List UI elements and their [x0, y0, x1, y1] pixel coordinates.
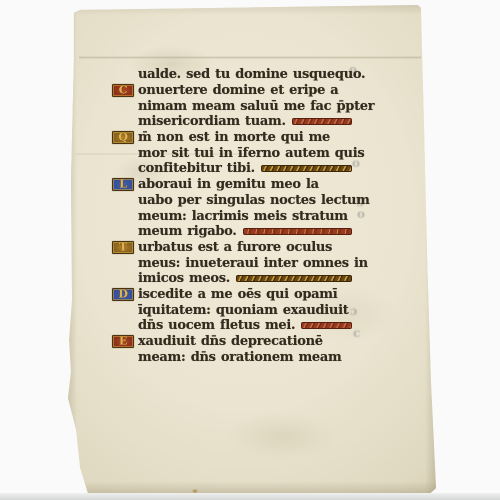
illuminated-initial-T: T [112, 241, 134, 254]
latin-text: meam: dn̄s orationem meam [138, 350, 341, 365]
initial-letter: Q [118, 132, 127, 143]
latin-text: xaudiuit dn̄s deprecationē [138, 334, 323, 349]
text-line: meus: inueteraui inter omnes in [112, 255, 362, 271]
latin-text: ualde. sed tu domine usquequo. [138, 67, 365, 82]
latin-text: meum rigabo. [138, 224, 237, 239]
illuminated-initial-D: D [112, 288, 134, 301]
text-line: Laboraui in gemitu meo la [112, 177, 362, 193]
initial-letter: T [119, 241, 127, 252]
latin-text: urbatus est a furore oculus [138, 240, 332, 255]
latin-text: uabo per singulas noctes lectum [138, 193, 370, 208]
initial-letter: L [119, 179, 126, 190]
line-filler [261, 165, 352, 172]
latin-text: mor sit tui in īferno autem quis [138, 146, 364, 161]
text-line: meam: dn̄s orationem meam [112, 349, 362, 365]
latin-text: iscedite a me oēs qui opamī [138, 287, 337, 302]
text-line: mor sit tui in īferno autem quis [112, 145, 362, 161]
latin-text: īquitatem: quoniam exaudiuit [138, 303, 348, 318]
latin-text: confitebitur tibi. [138, 161, 255, 176]
text-line: Exaudiuit dn̄s deprecationē [112, 334, 362, 350]
initial-letter: C [119, 85, 127, 96]
latin-text: imicos meos. [138, 271, 230, 286]
text-line: confitebitur tibi. [112, 161, 362, 177]
psalm-text-block: ualde. sed tu domine usquequo.Conuertere… [112, 67, 362, 365]
text-line: uabo per singulas noctes lectum [112, 193, 362, 209]
parchment-crease [79, 56, 421, 59]
initial-letter: D [118, 288, 127, 299]
text-line: meum rigabo. [112, 224, 362, 240]
latin-text: m̄ non est in morte qui me [138, 130, 330, 145]
text-line: Turbatus est a furore oculus [112, 240, 362, 256]
text-line: Conuertere domine et eripe a [112, 83, 362, 99]
line-filler [236, 275, 352, 282]
photo-edge-strip [0, 493, 500, 500]
latin-text: onuertere domine et eripe a [138, 83, 338, 98]
photo-background: 9ogoɔc ualde. sed tu domine usquequo.Con… [0, 0, 500, 500]
text-line: īquitatem: quoniam exaudiuit [112, 302, 362, 318]
text-line: nimam meam saluū me fac p̄pter [112, 98, 362, 114]
latin-text: aboraui in gemitu meo la [138, 177, 319, 192]
line-filler [292, 118, 352, 125]
line-filler [243, 228, 352, 235]
latin-text: nimam meam saluū me fac p̄pter [138, 99, 374, 114]
text-line: Qm̄ non est in morte qui me [112, 130, 362, 146]
latin-text: dn̄s uocem fletus mei. [138, 318, 295, 333]
text-line: ualde. sed tu domine usquequo. [112, 67, 362, 83]
illuminated-initial-L: L [112, 178, 134, 191]
latin-text: meum: lacrimis meis stratum [138, 209, 348, 224]
text-line: misericordiam tuam. [112, 114, 362, 130]
illuminated-initial-C: C [112, 84, 134, 97]
latin-text: meus: inueteraui inter omnes in [138, 256, 368, 271]
latin-text: misericordiam tuam. [138, 114, 286, 129]
text-line: dn̄s uocem fletus mei. [112, 318, 362, 334]
illuminated-initial-E: E [112, 335, 134, 348]
manuscript-leaf: 9ogoɔc ualde. sed tu domine usquequo.Con… [68, 5, 436, 495]
text-line: meum: lacrimis meis stratum [112, 208, 362, 224]
text-line: imicos meos. [112, 271, 362, 287]
text-line: Discedite a me oēs qui opamī [112, 287, 362, 303]
line-filler [301, 322, 352, 329]
initial-letter: E [119, 336, 127, 347]
illuminated-initial-Q: Q [112, 131, 134, 144]
